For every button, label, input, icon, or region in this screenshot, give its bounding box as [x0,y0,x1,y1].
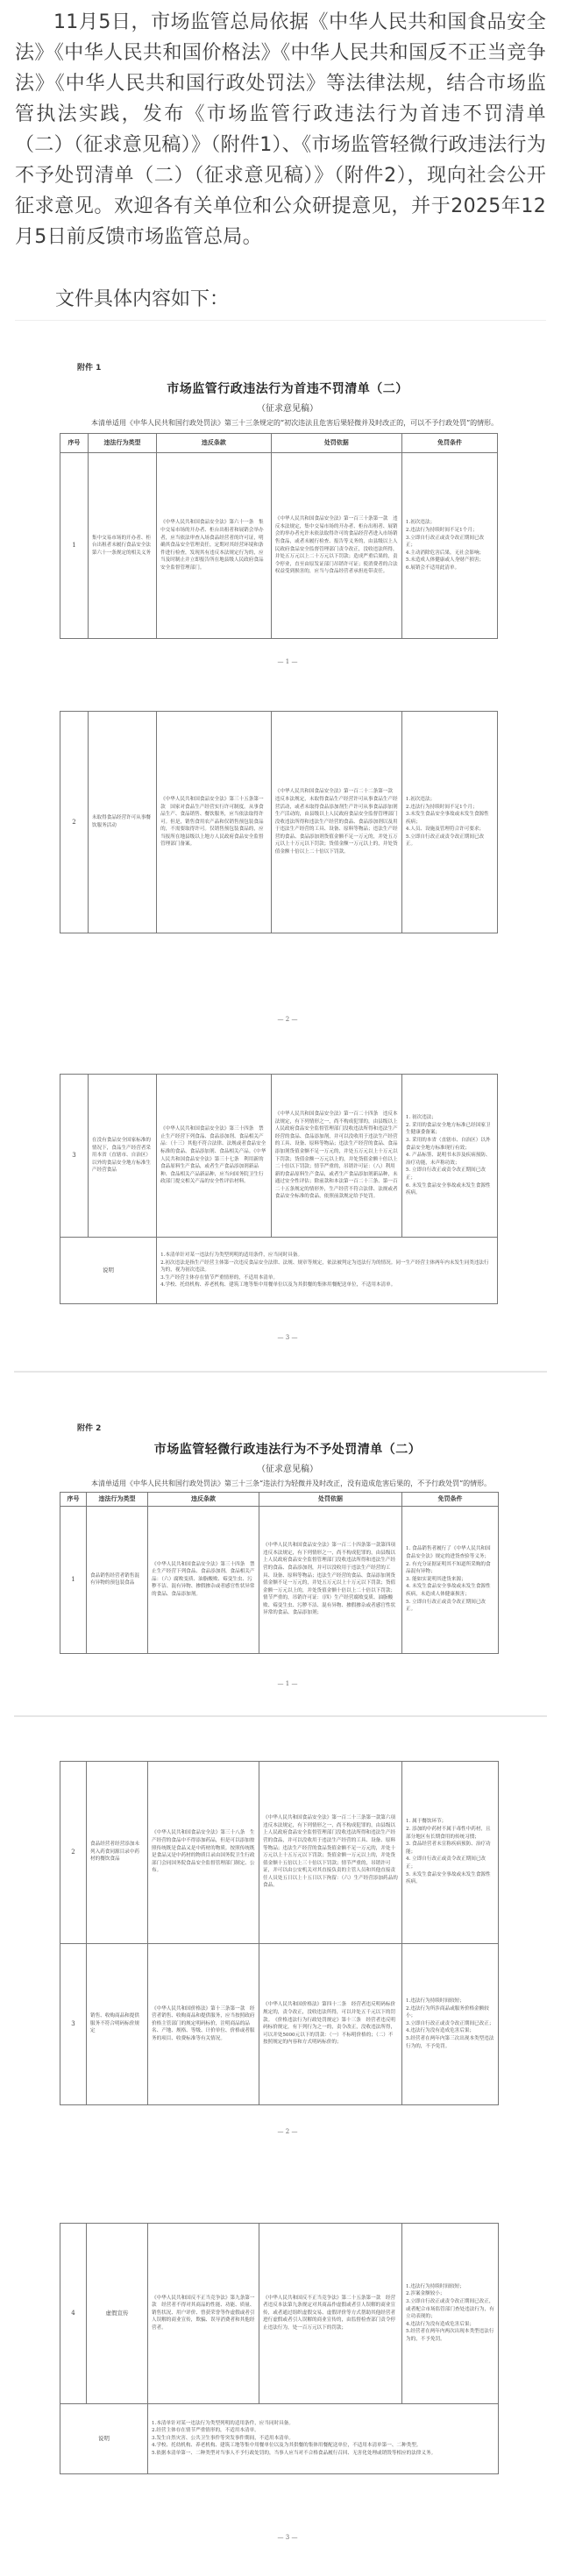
header-basis: 处罚依据 [271,434,401,453]
table-row: 2 食品经营者经营添加未列入药食同源目录中药材的餐饮食品 《中华人民共和国食品安… [60,1761,499,1943]
annex1-title: 市场监管行政违法行为首违不罚清单（二） [53,380,522,397]
page-number: — 2 — [53,2128,522,2135]
violation-type: 集中交易市场的开办者、柜台出租者未履行食品安全法第六十一条规定的相关义务 [88,453,156,639]
lead-in-text: 文件具体内容如下： [15,284,546,315]
violation-type: 在没有食品安全国家标准的情况下，食品生产经营者采用本省（直辖市、自治区）以外的食… [88,1075,156,1238]
annex2-table-part3: 4 虚假宣传 《中华人民共和国反不正当竞争法》第九条第一款 经营者不得对其商品的… [60,2223,499,2474]
notes-row: 说明 1.本清单针对某一违法行为类型列明的适用条件，应当同时具备。 2.经营主体… [60,2403,499,2473]
annex1-scope: 本清单适用《中华人民共和国行政处罚法》第三十三条规定的“初次违法且危害后果轻微并… [53,417,522,429]
violated-clause: 《中华人民共和国食品安全法》第三十四条 禁止生产经营下列食品、食品添加剂、食品相… [157,1075,272,1238]
annex1-table-part1: 序号 违法行为类型 违反条款 处罚依据 免罚条件 1 集中交易市场的开办者、柜台… [60,433,498,639]
violation-type: 食品经营者经营添加未列入药食同源目录中药材的餐饮食品 [87,1761,148,1943]
penalty-basis: 《中华人民共和国反不正当竞争法》第二十五条第一款 经营者违反本法第九条规定对其商… [259,2223,402,2403]
penalty-basis: 《中华人民共和国价格法》第四十二条 经营者违反明码标价规定的，责令改正，没收违法… [259,1943,402,2104]
page-number: — 3 — [53,1334,522,1341]
annex1-subtitle: （征求意见稿） [53,401,522,414]
annex2-table-part2: 2 食品经营者经营添加未列入药食同源目录中药材的餐饮食品 《中华人民共和国食品安… [60,1761,499,2105]
header-conditions: 免罚条件 [401,434,497,453]
exemption-conditions: 1.初次违法； 2.违法行为持续时间不足1个月； 3.未发生食品安全事故或未发生… [401,712,497,933]
penalty-basis: 《中华人民共和国食品安全法》第一百二十四条 违反本法规定，有下列情形之一，尚不构… [271,1075,401,1238]
page-number: — 1 — [53,658,522,665]
violated-clause: 《中华人民共和国食品安全法》第六十一条 集中交易市场的开办者、柜台出租者和展销会… [157,453,272,639]
notes-content: 1.本清单针对某一违法行为类型列明的适用条件，应当同时具备。 2.经营主体存在情… [148,2403,499,2473]
violated-clause: 《中华人民共和国食品安全法》第三十五条第一款 国家对食品生产经营实行许可制度。从… [157,712,272,933]
header-type: 违法行为类型 [88,434,156,453]
annex1-table-part3: 3 在没有食品安全国家标准的情况下，食品生产经营者采用本省（直辖市、自治区）以外… [60,1074,498,1304]
exemption-conditions: 1. 食品销售者履行了《中华人民共和国食品安全法》规定的进货查验等义务； 2. … [402,1506,499,1653]
annex1-page-3: 3 在没有食品安全国家标准的情况下，食品生产经营者采用本省（直辖市、自治区）以外… [0,1023,561,1373]
annex2-title: 市场监管轻微行政违法行为不予处罚清单（二） [53,1440,522,1458]
header-clause: 违反条款 [148,1493,259,1507]
exemption-conditions: 1.初次违法； 2.违法行为持续时间不足1个月； 3.立即自行改正或责令改正期间… [401,453,497,639]
header-no: 序号 [60,1493,87,1507]
violation-type: 未取得食品经营许可从事餐饮服务活动 [88,712,156,933]
header-conditions: 免罚条件 [402,1493,499,1507]
table-header-row: 序号 违法行为类型 违反条款 处罚依据 免罚条件 [60,434,498,453]
penalty-basis: 《中华人民共和国食品安全法》第一百二十二条第一款 违反本法规定，未取得食品生产经… [271,712,401,933]
annex2-page-1: 附件 2 市场监管轻微行政违法行为不予处罚清单（二） （征求意见稿） 本清单适用… [0,1373,561,1717]
annex2-page-3: 4 虚假宣传 《中华人民共和国反不正当竞争法》第九条第一款 经营者不得对其商品的… [0,2135,561,2576]
notes-content: 1.本清单针对某一违法行为类型列明的适用条件，应当同时具备。 2.初次违法是指生… [157,1238,498,1304]
header-no: 序号 [60,434,89,453]
page-number: — 1 — [53,1680,522,1687]
annex1-label: 附件 1 [53,361,522,373]
annex1-page-1: 附件 1 市场监管行政违法行为首违不罚清单（二） （征求意见稿） 本清单适用《中… [0,321,561,665]
header-basis: 处罚依据 [259,1493,402,1507]
intro-paragraph: 11月5日，市场监管总局依据《中华人民共和国食品安全法》《中华人民共和国价格法》… [15,0,546,252]
table-row: 3 在没有食品安全国家标准的情况下，食品生产经营者采用本省（直辖市、自治区）以外… [60,1075,498,1238]
violation-type: 虚假宣传 [87,2223,148,2403]
header-type: 违法行为类型 [87,1493,148,1507]
exemption-conditions: 1. 初次违法； 2. 采用的食品安全地方标准已经国家卫生健康委备案； 3. 采… [401,1075,497,1238]
notes-label: 说明 [60,1238,157,1304]
article-body: 11月5日，市场监管总局依据《中华人民共和国食品安全法》《中华人民共和国价格法》… [0,0,561,321]
table-row: 1 食品销售经营者销售混有异物的预包装食品 《中华人民共和国食品安全法》第三十四… [60,1506,499,1653]
annex2-scope: 本清单适用《中华人民共和国行政处罚法》第三十三条“违法行为轻微并及时改正，没有造… [53,1478,522,1490]
penalty-basis: 《中华人民共和国食品安全法》第一百二十三条第一款第六项 违反本法规定，有下列情形… [259,1761,402,1943]
page-number: — 3 — [53,2534,522,2541]
violated-clause: 《中华人民共和国食品安全法》第三十八条 生产经营的食品中不得添加药品，但是可以添… [148,1761,259,1943]
penalty-basis: 《中华人民共和国食品安全法》第一百三十条第一款 违反本法规定，集中交易市场的开办… [271,453,401,639]
violation-type: 食品销售经营者销售混有异物的预包装食品 [87,1506,148,1653]
violated-clause: 《中华人民共和国价格法》第十三条第一款 经营者销售、收购商品和提供服务，应当按照… [148,1943,259,2104]
page-number: — 2 — [53,1016,522,1023]
table-row: 4 虚假宣传 《中华人民共和国反不正当竞争法》第九条第一款 经营者不得对其商品的… [60,2223,499,2403]
annex2-page-2: 2 食品经营者经营添加未列入药食同源目录中药材的餐饮食品 《中华人民共和国食品安… [0,1717,561,2135]
exemption-conditions: 1.违法行为持续时间较短； 2.违法行为所涉商品或服务价格金额较小； 3.立即自… [402,1943,499,2104]
violation-type: 销售、收购商品和提供服务不符合明码标价规定 [87,1943,148,2104]
table-row: 1 集中交易市场的开办者、柜台出租者未履行食品安全法第六十一条规定的相关义务 《… [60,453,498,639]
notes-row: 说明 1.本清单针对某一违法行为类型列明的适用条件，应当同时具备。 2.初次违法… [60,1238,498,1304]
annex1-table-part2: 2 未取得食品经营许可从事餐饮服务活动 《中华人民共和国食品安全法》第三十五条第… [60,711,498,933]
annex2-subtitle: （征求意见稿） [53,1461,522,1474]
penalty-basis: 《中华人民共和国食品安全法》第一百二十四条第一款第四项 违反本法规定，有下列情形… [259,1506,402,1653]
table-row: 3 销售、收购商品和提供服务不符合明码标价规定 《中华人民共和国价格法》第十三条… [60,1943,499,2104]
table-header-row: 序号 违法行为类型 违反条款 处罚依据 免罚条件 [60,1493,499,1507]
annex2-table-part1: 序号 违法行为类型 违反条款 处罚依据 免罚条件 1 食品销售经营者销售混有异物… [60,1492,499,1654]
exemption-conditions: 1.违法行为持续时间较短； 2.涉案金额较小； 3.立即自行改正或责令改正期间已… [402,2223,499,2403]
header-clause: 违反条款 [157,434,272,453]
notes-label: 说明 [60,2403,148,2473]
annex1-page-2: 2 未取得食品经营许可从事餐饮服务活动 《中华人民共和国食品安全法》第三十五条第… [0,665,561,1023]
table-row: 2 未取得食品经营许可从事餐饮服务活动 《中华人民共和国食品安全法》第三十五条第… [60,712,498,933]
violated-clause: 《中华人民共和国食品安全法》第三十四条 禁止生产经营下列食品、食品添加剂、食品相… [148,1506,259,1653]
exemption-conditions: 1. 属于餐饮环节； 2. 添加的中药材不属于毒性中药材，且部分地区有长期食用的… [402,1761,499,1943]
violated-clause: 《中华人民共和国反不正当竞争法》第九条第一款 经营者不得对其商品的性能、功能、质… [148,2223,259,2403]
annex2-label: 附件 2 [53,1422,522,1433]
